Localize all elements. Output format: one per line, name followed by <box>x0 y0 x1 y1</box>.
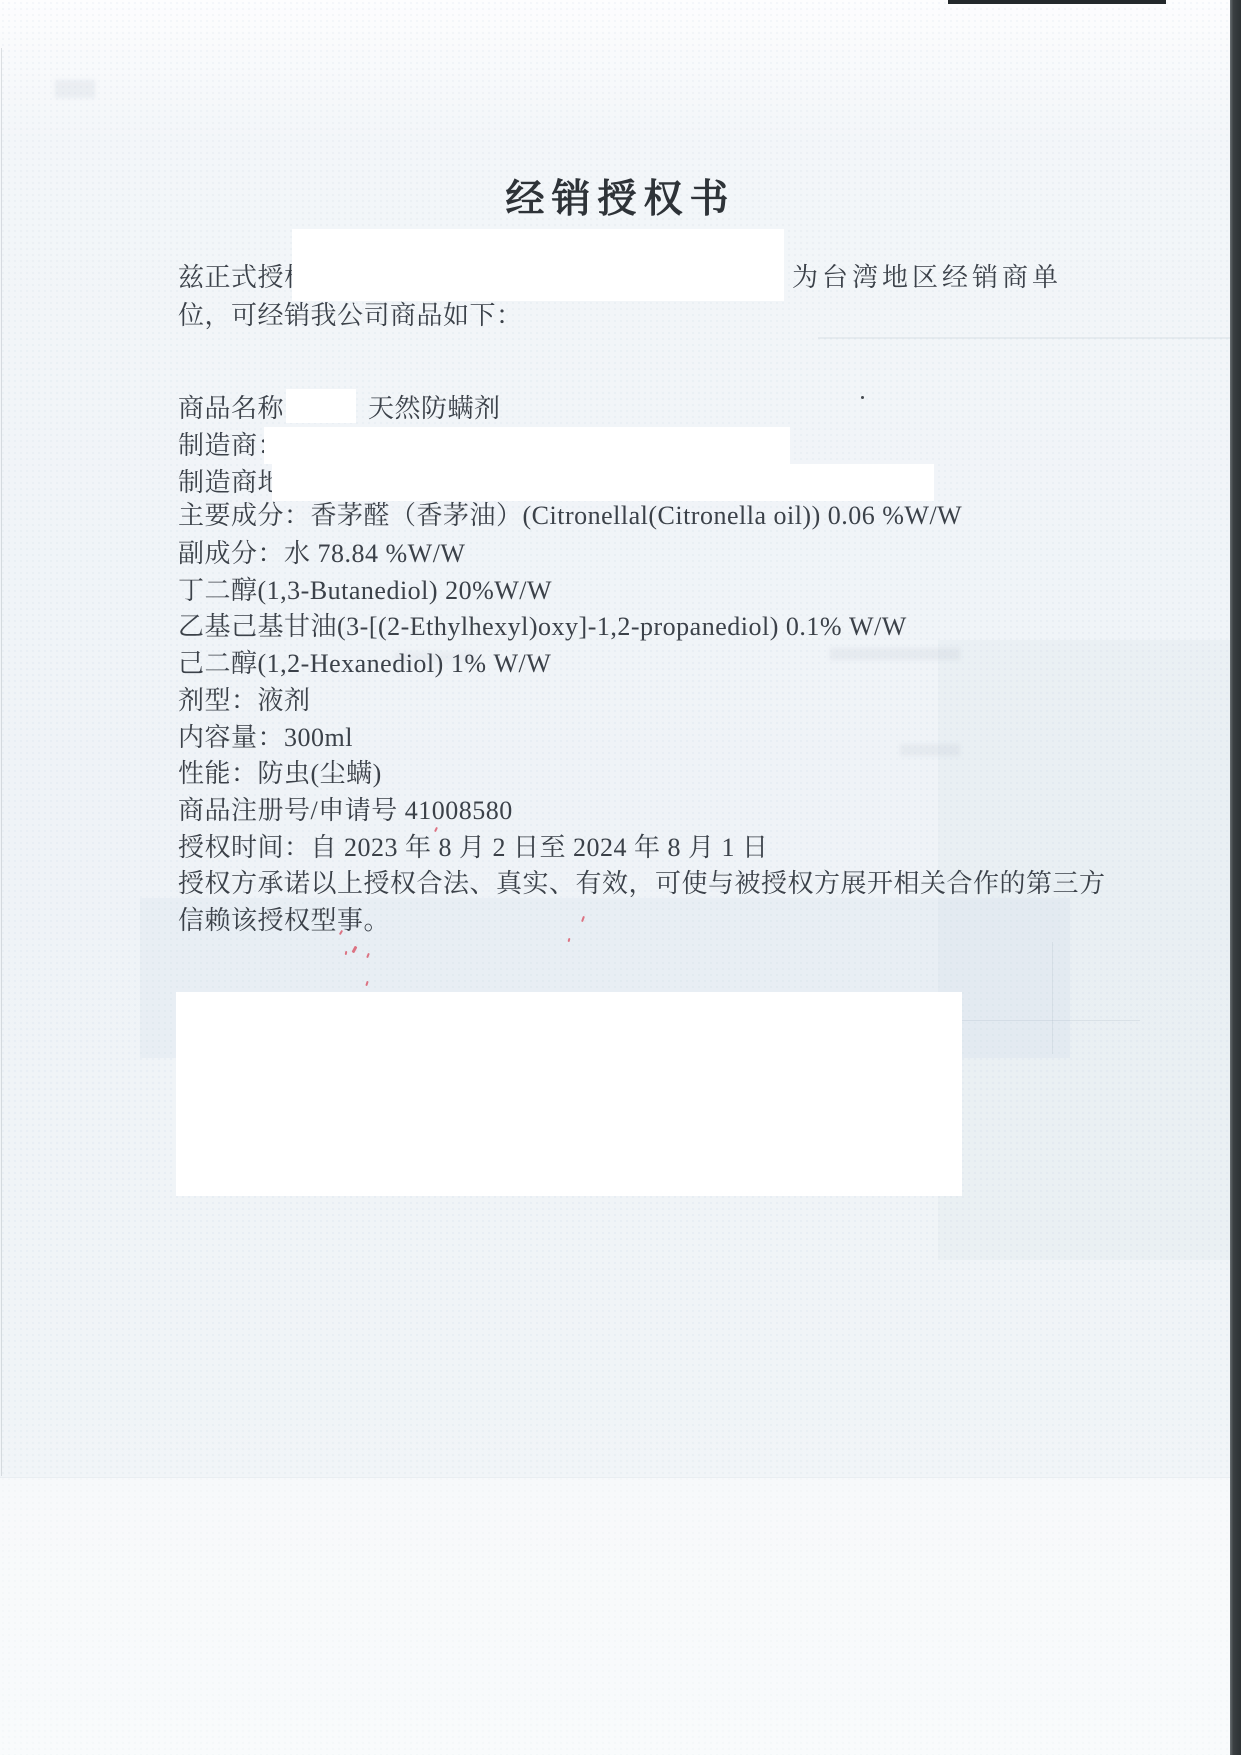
scan-smudge <box>900 744 960 756</box>
redaction-signature-area <box>176 992 962 1196</box>
scan-artifact-line <box>818 337 1238 339</box>
sub-ingredient-line: 副成分：水 78.84 %W/W <box>178 539 465 569</box>
ingredient-hexanediol-line: 己二醇(1,2-Hexanediol) 1% W/W <box>178 649 551 679</box>
function-line: 性能：防虫(尘螨) <box>178 759 382 789</box>
dosage-form-line: 剂型：液剂 <box>178 686 311 716</box>
scan-edge-top <box>948 0 1166 4</box>
authorize-continuation-text: 位，可经销我公司商品如下： <box>178 301 523 331</box>
redaction-manufacturer <box>264 427 790 464</box>
registration-number-line: 商品注册号/申请号 41008580 <box>178 796 513 826</box>
pledge-line-1: 授权方承诺以上授权合法、真实、有效，可使与被授权方展开相关合作的第三方 <box>178 869 1106 899</box>
scan-smudge <box>55 80 95 98</box>
document-title: 经销授权书 <box>0 168 1241 224</box>
main-ingredient-line: 主要成分：香茅醛（香茅油）(Citronellal(Citronella oil… <box>178 501 962 531</box>
product-name-value: 天然防螨剂 <box>368 394 501 424</box>
ink-dot <box>861 396 864 399</box>
ingredient-butanediol-line: 丁二醇(1,3-Butanediol) 20%W/W <box>178 576 552 606</box>
authorize-prefix-text: 兹正式授权 <box>178 263 311 293</box>
redaction-manufacturer-address <box>272 464 934 501</box>
net-content-line: 内容量：300ml <box>178 723 353 753</box>
scan-edge-right <box>1230 0 1241 1755</box>
authorization-period-line: 授权时间：自 2023 年 8 月 2 日至 2024 年 8 月 1 日 <box>178 833 769 863</box>
scan-artifact-line <box>0 1477 1230 1478</box>
scan-artifact-line <box>940 1020 1140 1021</box>
authorize-suffix-text: 为台湾地区经销商单 <box>792 263 1062 293</box>
redaction-product-brand <box>286 389 356 423</box>
scanned-document-page: 经销授权书 兹正式授权 为台湾地区经销商单 位，可经销我公司商品如下： 商品名称… <box>0 0 1241 1755</box>
scan-edge-left <box>1 48 2 1476</box>
redaction-authorized-name <box>292 229 784 301</box>
scan-smudge <box>830 648 960 660</box>
ingredient-ethylhexylglycerin-line: 乙基己基甘油(3-[(2-Ethylhexyl)oxy]-1,2-propane… <box>178 612 907 642</box>
scan-artifact-line <box>1052 942 1053 1054</box>
pledge-line-2: 信赖该授权型事。 <box>178 906 390 936</box>
